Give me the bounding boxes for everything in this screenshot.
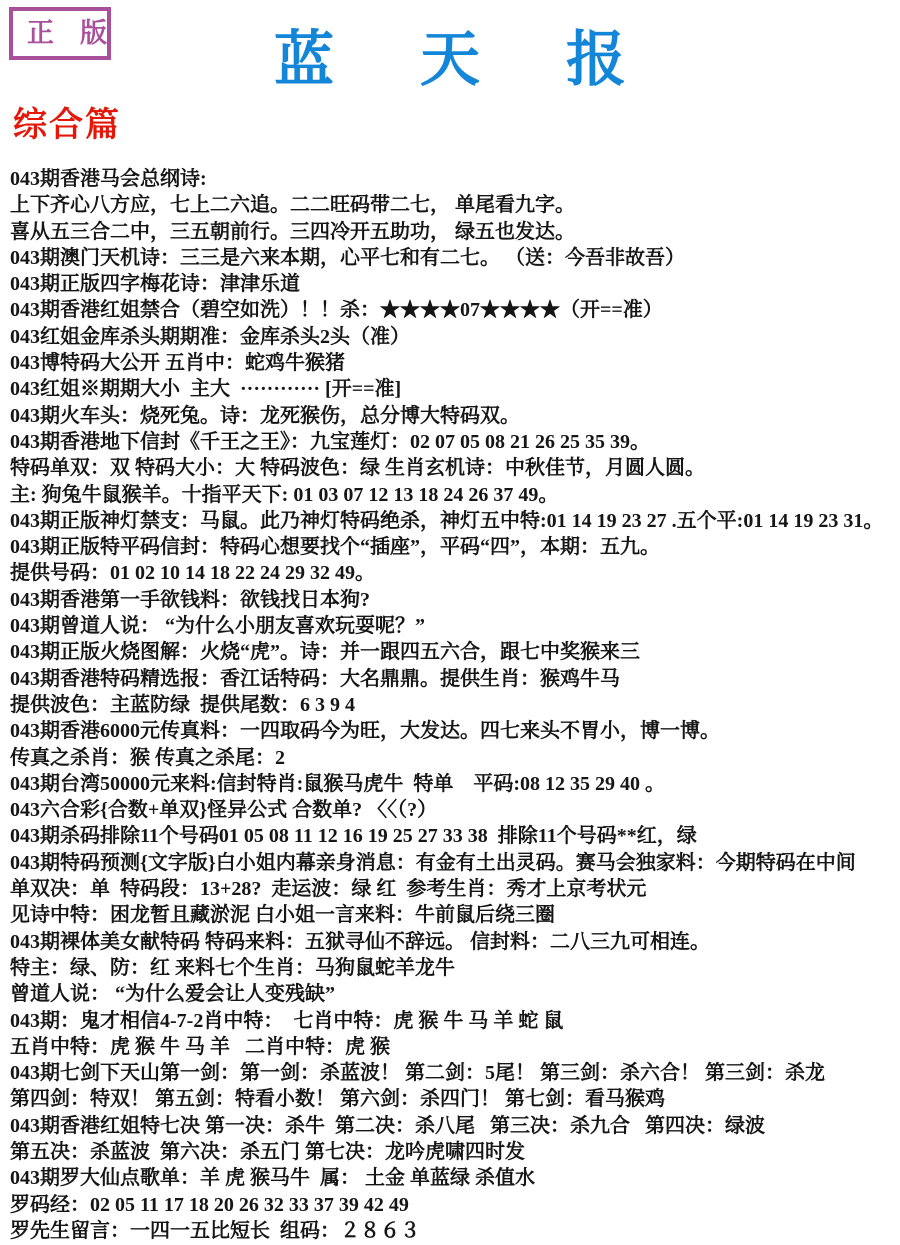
text-line: 043期曾道人说： “为什么小朋友喜欢玩耍呢？”	[10, 613, 900, 639]
text-line: 单双决：单 特码段：13+28? 走运波：绿 红 参考生肖：秀才上京考状元	[10, 876, 900, 902]
text-line: 043期七剑下天山第一剑：第一剑：杀蓝波！ 第二剑：5尾！ 第三剑：杀六合！ 第…	[10, 1060, 900, 1086]
text-line: 特主：绿、防：红 来料七个生肖：马狗鼠蛇羊龙牛	[10, 955, 900, 981]
text-line: 043期正版特平码信封：特码心想要找个“插座”，平码“四”，本期：五九。	[10, 534, 900, 560]
text-line: 第五决：杀蓝波 第六决：杀五门 第七决：龙吟虎啸四时发	[10, 1139, 900, 1165]
text-line: 043红姐※期期大小 主大 ············ [开==准]	[10, 376, 900, 402]
text-line: 043期：鬼才相信4-7-2肖中特： 七肖中特：虎 猴 牛 马 羊 蛇 鼠	[10, 1008, 900, 1034]
text-line: 043红姐金库杀头期期准：金库杀头2头（准）	[10, 324, 900, 350]
text-line: 罗先生留言：一四一五比短长 组码：２８６３	[10, 1218, 900, 1244]
text-line: 043期香港地下信封《千王之王》：九宝莲灯：02 07 05 08 21 26 …	[10, 429, 900, 455]
body-lines: 043期香港马会总纲诗:上下齐心八方应，七上二六追。二二旺码带二七， 单尾看九字…	[10, 166, 900, 1244]
text-line: 043期台湾50000元来料:信封特肖:鼠猴马虎牛 特单 平码:08 12 35…	[10, 771, 900, 797]
text-line: 043期香港红姐特七决 第一决：杀牛 第二决：杀八尾 第三决：杀九合 第四决：绿…	[10, 1113, 900, 1139]
text-line: 043博特码大公开 五肖中：蛇鸡牛猴猪	[10, 350, 900, 376]
text-line: 043期香港红姐禁合（碧空如洗）！！杀：★★★★07★★★★（开==准）	[10, 297, 900, 323]
section-title: 综合篇	[13, 97, 121, 146]
page-title: 蓝天报	[0, 12, 900, 98]
text-line: 传真之杀肖：猴 传真之杀尾：2	[10, 745, 900, 771]
text-line: 五肖中特：虎 猴 牛 马 羊 二肖中特：虎 猴	[10, 1034, 900, 1060]
text-line: 043期澳门天机诗：三三是六来本期，心平七和有二七。 （送：今吾非故吾）	[10, 245, 900, 271]
text-line: 043期香港6000元传真料：一四取码今为旺，大发达。四七来头不胃小，博一博。	[10, 718, 900, 744]
text-line: 043期杀码排除11个号码01 05 08 11 12 16 19 25 27 …	[10, 823, 900, 849]
text-line: 043期香港第一手欲钱料：欲钱找日本狗?	[10, 587, 900, 613]
text-line: 罗码经：02 05 11 17 18 20 26 32 33 37 39 42 …	[10, 1192, 900, 1218]
text-line: 见诗中特：困龙暂且藏淤泥 白小姐一言来料：牛前鼠后绕三圈	[10, 902, 900, 928]
text-line: 第四剑：特双！ 第五剑：特看小数！ 第六剑：杀四门！ 第七剑：看马猴鸡	[10, 1086, 900, 1112]
text-line: 043期正版神灯禁支：马鼠。此乃神灯特码绝杀，神灯五中特:01 14 19 23…	[10, 508, 900, 534]
text-line: 曾道人说： “为什么爱会让人变残缺”	[10, 981, 900, 1007]
text-line: 043期香港特码精选报：香江话特码：大名鼎鼎。提供生肖：猴鸡牛马	[10, 666, 900, 692]
text-line: 043期正版火烧图解：火烧“虎”。诗：并一跟四五六合，跟七中奖猴来三	[10, 639, 900, 665]
text-line: 043期正版四字梅花诗：津津乐道	[10, 271, 900, 297]
text-line: 喜从五三合二中，三五朝前行。三四冷开五助功， 绿五也发达。	[10, 219, 900, 245]
text-line: 043期香港马会总纲诗:	[10, 166, 900, 192]
text-line: 上下齐心八方应，七上二六追。二二旺码带二七， 单尾看九字。	[10, 192, 900, 218]
text-line: 提供号码：01 02 10 14 18 22 24 29 32 49。	[10, 560, 900, 586]
text-line: 043期裸体美女献特码 特码来料：五狱寻仙不辞远。 信封料：二八三九可相连。	[10, 929, 900, 955]
text-line: 主: 狗兔牛鼠猴羊。十指平天下: 01 03 07 12 13 18 24 26…	[10, 482, 900, 508]
text-line: 043六合彩{合数+单双}怪异公式 合数单? 〈〈（?）	[10, 797, 900, 823]
text-line: 043期特码预测{文字版}白小姐内幕亲身消息：有金有土出灵码。赛马会独家料：今期…	[10, 850, 900, 876]
text-line: 特码单双：双 特码大小：大 特码波色：绿 生肖玄机诗：中秋佳节，月圆人圆。	[10, 455, 900, 481]
text-line: 043期罗大仙点歌单：羊 虎 猴马牛 属： 土金 单蓝绿 杀值水	[10, 1165, 900, 1191]
text-line: 提供波色：主蓝防绿 提供尾数：6 3 9 4	[10, 692, 900, 718]
text-line: 043期火车头：烧死兔。诗：龙死猴伤，总分博大特码双。	[10, 403, 900, 429]
